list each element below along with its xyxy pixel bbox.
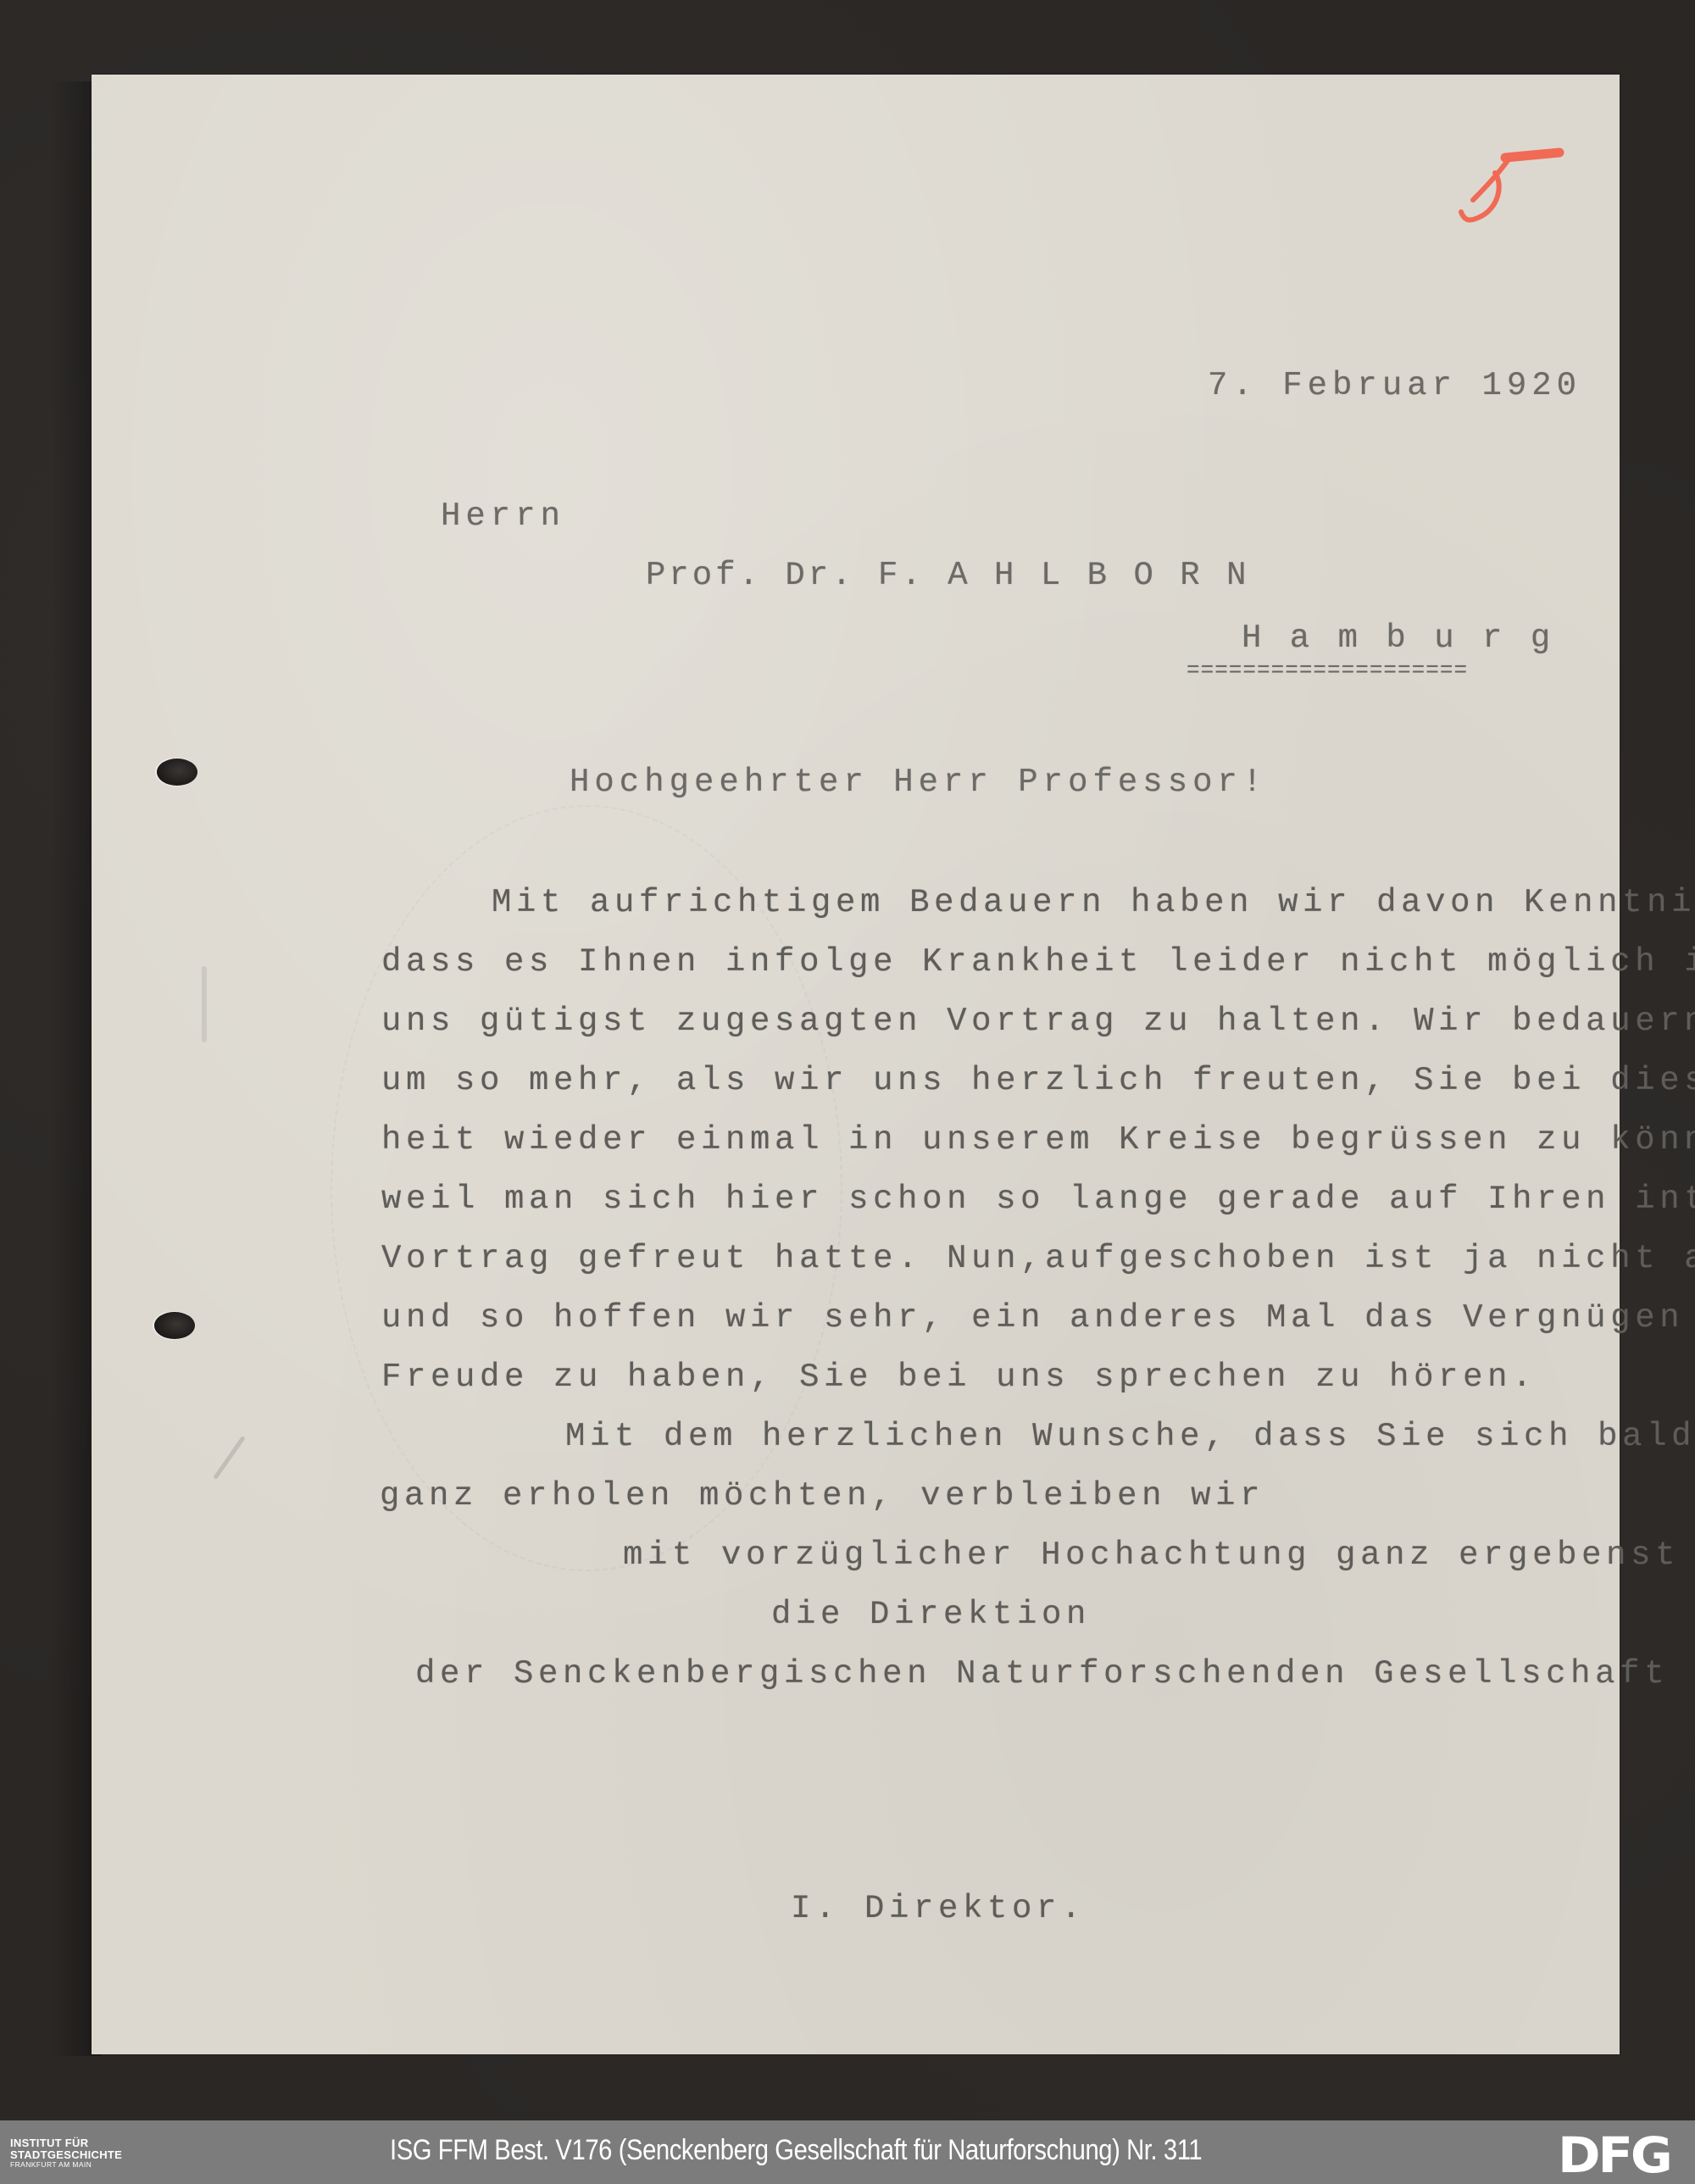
body-line: Mit dem herzlichen Wunsche, dass Sie sic… — [565, 1420, 1695, 1453]
recipient-name: Prof. Dr. F. A H L B O R N — [646, 559, 1250, 592]
body-line: Vortrag gefreut hatte. Nun,aufgeschoben … — [381, 1242, 1695, 1275]
archive-reference-caption: ISG FFM Best. V176 (Senckenberg Gesellsc… — [390, 2134, 1202, 2167]
punch-hole-bottom — [154, 1312, 195, 1339]
closing-line: die Direktion — [771, 1598, 1091, 1631]
recipient-city: H a m b u r g — [1242, 622, 1554, 655]
dfg-logo: DFG — [1558, 2131, 1670, 2180]
punch-hole-top — [157, 759, 197, 786]
letter-date: 7. Februar 1920 — [1208, 370, 1581, 403]
body-line: ganz erholen möchten, verbleiben wir — [380, 1480, 1264, 1513]
body-line: um so mehr, als wir uns herzlich freuten… — [381, 1064, 1695, 1098]
archive-footer: INSTITUT FÜR STADTGESCHICHTE FRANKFURT A… — [0, 2120, 1695, 2184]
body-line: heit wieder einmal in unserem Kreise beg… — [381, 1124, 1695, 1157]
body-line: dass es Ihnen infolge Krankheit leider n… — [381, 946, 1695, 979]
institute-logo-line: FRANKFURT AM MAIN — [10, 2161, 122, 2169]
closing-line: mit vorzüglicher Hochachtung ganz ergebe… — [623, 1539, 1680, 1572]
body-line: und so hoffen wir sehr, ein anderes Mal … — [381, 1302, 1695, 1335]
recipient-city-underline: ==================== — [1186, 659, 1468, 681]
institute-logo-line: STADTGESCHICHTE — [10, 2149, 122, 2160]
body-line: weil man sich hier schon so lange gerade… — [381, 1183, 1695, 1216]
body-line: uns gütigst zugesagten Vortrag zu halten… — [381, 1005, 1695, 1038]
institute-logo: INSTITUT FÜR STADTGESCHICHTE FRANKFURT A… — [10, 2137, 122, 2169]
body-line: Freude zu haben, Sie bei uns sprechen zu… — [381, 1361, 1537, 1394]
closing-organization: der Senckenbergischen Naturforschenden G… — [415, 1658, 1695, 1691]
pencil-mark — [202, 966, 207, 1042]
institute-logo-line: INSTITUT FÜR — [10, 2137, 122, 2148]
body-line: Mit aufrichtigem Bedauern haben wir davo… — [492, 886, 1695, 920]
signature-title: I. Direktor. — [791, 1892, 1086, 1926]
recipient-salutation: Herrn — [441, 500, 565, 533]
folio-number-mark — [1451, 141, 1566, 236]
letter-greeting: Hochgeehrter Herr Professor! — [570, 766, 1267, 799]
